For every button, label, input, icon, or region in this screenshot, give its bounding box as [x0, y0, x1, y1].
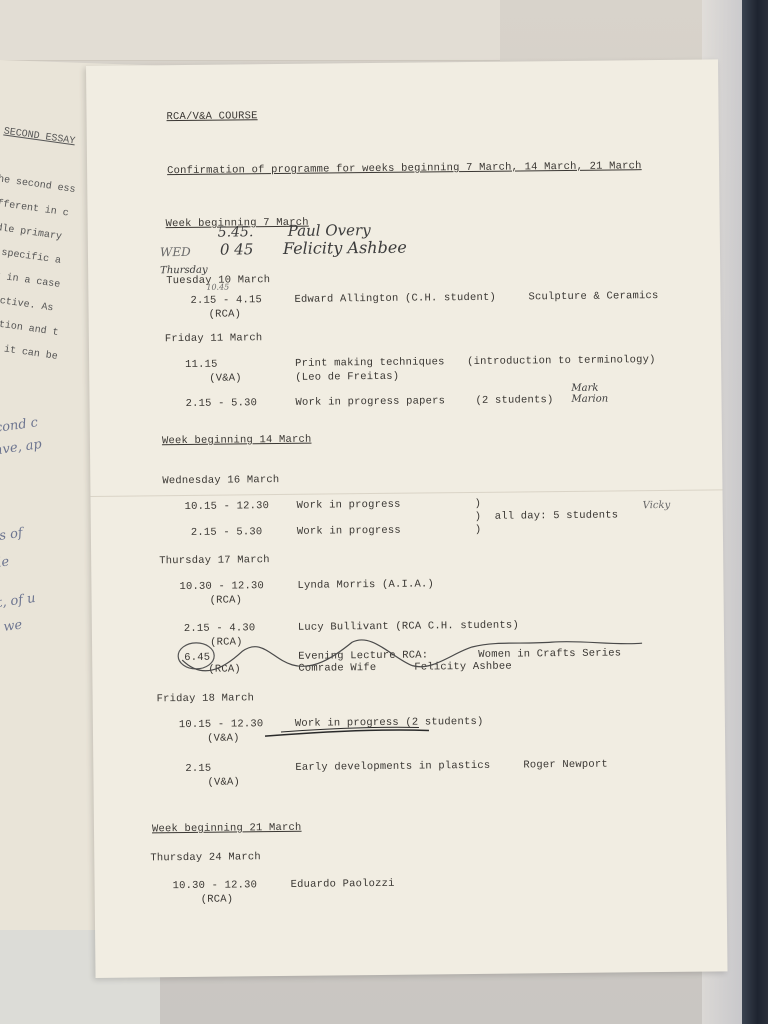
- course-header: RCA/V&A COURSE: [166, 110, 257, 123]
- session-time: 10.15 - 12.30: [179, 718, 264, 731]
- session-venue: (RCA): [201, 894, 234, 906]
- session-venue: (V&A): [207, 732, 240, 744]
- group-note: all day: 5 students: [495, 509, 619, 522]
- background-sheet: [0, 0, 500, 61]
- handwritten-line: lles of: [0, 526, 24, 546]
- handwritten-time: 5.45.: [218, 224, 254, 240]
- bracket: ): [475, 524, 482, 536]
- week-heading: Week beginning 21 March: [152, 822, 302, 836]
- day-heading: Friday 11 March: [165, 332, 263, 345]
- session-time: 2.15: [185, 763, 211, 775]
- session-title: Print making techniques: [295, 356, 445, 370]
- pen-underline: [263, 724, 433, 740]
- day-heading: Thursday 17 March: [159, 554, 270, 567]
- essay-line: The second ess: [0, 173, 76, 196]
- fold-crease: [91, 489, 723, 497]
- session-time: 2.15 - 5.30: [185, 397, 257, 410]
- handwritten-line: econd c: [0, 415, 39, 437]
- handwritten-name: Felicity Ashbee: [283, 238, 407, 258]
- week-heading: Week beginning 14 March: [162, 434, 312, 448]
- session-title: Eduardo Paolozzi: [291, 878, 395, 891]
- programme-document: RCA/V&A COURSE Confirmation of programme…: [86, 59, 728, 978]
- session-time: 10.30 - 12.30: [173, 879, 258, 892]
- document-subtitle: Confirmation of programme for weeks begi…: [167, 160, 642, 177]
- handwritten-day: WED: [160, 245, 191, 259]
- session-time: 11.15: [185, 359, 218, 371]
- day-heading: Friday 18 March: [157, 692, 255, 705]
- handwritten-day-correction: Thursday: [160, 265, 208, 276]
- session-venue: (RCA): [210, 594, 243, 606]
- essay-line: ifferent in c: [0, 198, 69, 220]
- handwritten-line: + le: [0, 554, 10, 573]
- bracket: ): [475, 498, 482, 510]
- session-title: Lynda Morris (A.I.A.): [297, 578, 434, 591]
- session-presenter: (Leo de Freitas): [295, 371, 399, 384]
- handwritten-line: ept, of u: [0, 591, 37, 613]
- session-title: Work in progress papers: [295, 395, 445, 409]
- session-title: Early developments in plastics: [295, 760, 490, 774]
- essay-line: at it can be: [0, 342, 58, 363]
- session-time: 10.30 - 12.30: [179, 580, 264, 593]
- session-title: Work in progress: [297, 525, 401, 538]
- handwritten-time: 0 45: [220, 240, 254, 258]
- session-presenter: Roger Newport: [523, 759, 608, 772]
- essay-line: iation and t: [0, 318, 59, 339]
- session-time: 2.15 - 4.15: [190, 294, 262, 307]
- session-time: 2.15 - 5.30: [191, 526, 263, 539]
- handwritten-note: Mark Marion: [571, 383, 611, 405]
- session-note: Sculpture & Ceramics: [528, 290, 658, 303]
- essay-line: er in a case: [0, 270, 61, 291]
- session-venue: (V&A): [207, 776, 240, 788]
- session-time: 10.15 - 12.30: [185, 500, 270, 513]
- session-title: Edward Allington (C.H. student): [294, 292, 496, 306]
- essay-line: ndle primary: [0, 222, 62, 243]
- handwritten-note: Vicky: [643, 500, 671, 511]
- session-note: (2 students): [475, 394, 553, 407]
- day-heading: Thursday 24 March: [150, 851, 261, 864]
- bracket: ): [475, 511, 482, 523]
- session-title: Work in progress: [297, 499, 401, 512]
- session-note: (introduction to terminology): [467, 354, 656, 368]
- handwritten-line: ahve, ap: [0, 437, 43, 460]
- handwritten-name: Paul Overy: [288, 221, 371, 240]
- session-venue: (V&A): [209, 372, 242, 384]
- essay-line: e specific a: [0, 246, 62, 267]
- handwritten-line: cts we: [0, 618, 23, 639]
- day-heading: Wednesday 16 March: [162, 474, 279, 487]
- handwritten-time-correction: 10.45: [206, 283, 229, 292]
- essay-line: pective. As: [0, 294, 54, 314]
- folder-edge: [742, 0, 768, 1024]
- pencil-crossout-squiggle: [152, 615, 673, 680]
- session-venue: (RCA): [209, 308, 242, 320]
- essay-title: SECOND ESSAY: [3, 126, 76, 147]
